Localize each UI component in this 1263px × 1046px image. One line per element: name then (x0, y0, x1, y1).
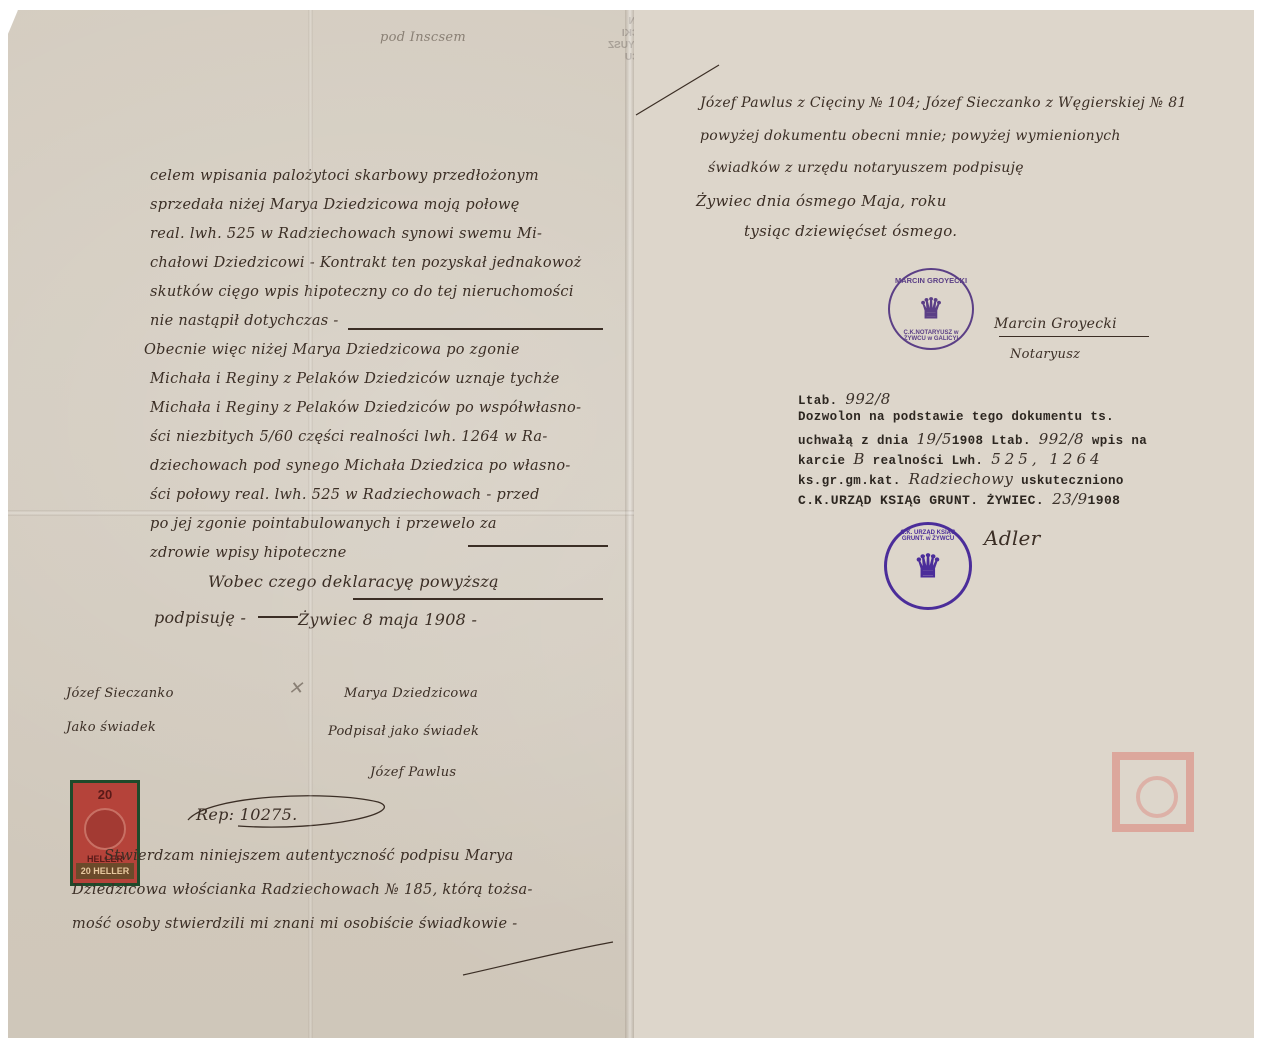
faded-header-note: pod Inscsem (380, 30, 466, 45)
ltab-value: 992/8 (845, 390, 890, 408)
stamp-text-bottom: C.K.NOTARYUSZ w ŻYWCU w GALICYI (894, 330, 968, 342)
sheet-label: karcie (798, 454, 845, 468)
body-line: real. lwh. 525 w Radziechowach synowi sw… (150, 226, 542, 242)
notary-signature: Marcin Groyecki (994, 316, 1117, 332)
signature-underline (999, 336, 1149, 337)
red-seal-imprint (1112, 752, 1194, 832)
notary-title: Notaryusz (1010, 347, 1080, 362)
body-line: Obecnie więc niżej Marya Dziedzicowa po … (144, 342, 520, 358)
sheet-value: B (853, 450, 864, 468)
cross-mark: ✕ (288, 678, 303, 699)
body-line: po jej zgonie pointabulowanych i przewel… (150, 516, 497, 532)
fill-line (348, 328, 603, 330)
document-sheet: MARCIN GROYECKI C.K.NOTARYUSZ w ŻYWCU po… (8, 10, 1254, 1038)
resolution-date: 19/5 (917, 430, 952, 448)
registry-line-5: ks.gr.gm.kat. Radziechowy uskuteczniono (798, 470, 1124, 488)
signature-jozef-pawlus: Józef Pawlus (370, 765, 456, 780)
witness-signed-label: Podpisał jako świadek (328, 724, 479, 739)
flourish-line-icon (458, 940, 618, 980)
registry-ltab-line: Ltab. 992/8 (798, 390, 891, 408)
notary-stamp: MARCIN GROYECKI ♛ C.K.NOTARYUSZ w ŻYWCU … (888, 268, 974, 350)
body-line: skutków cięgo wpis hipoteczny co do tej … (150, 284, 574, 300)
witness-label: Jako świadek (66, 720, 156, 735)
fill-line (468, 545, 608, 547)
registry-signature: Adler (984, 526, 1041, 550)
flourish-diagonal-icon (634, 60, 724, 120)
registry-office: C.K.URZĄD KSIĄG GRUNT. ŻYWIEC. (798, 493, 1044, 508)
registry-line-3: uchwałą z dnia 19/51908 Ltab. 992/8 wpis… (798, 430, 1147, 448)
ltab-label: Ltab. (798, 394, 838, 408)
body-line: dziechowach pod synego Michała Dziedzica… (150, 458, 571, 474)
place-date: Żywiec 8 maja 1908 - (298, 610, 477, 629)
body-line: celem wpisania palożytoci skarbowy przed… (150, 168, 539, 184)
notary-text-line: świadków z urzędu notaryuszem podpisuję (708, 160, 1024, 176)
completed-label: uskuteczniono (1021, 474, 1124, 488)
eagle-emblem-icon: ♛ (914, 550, 943, 582)
ltab-value-2: 992/8 (1039, 430, 1084, 448)
attestation-line: mość osoby stwierdzili mi znani mi osobi… (72, 916, 518, 932)
dash (258, 616, 298, 618)
registry-stamp-text: C.K. URZĄD KSIĄG GRUNT. w ŻYWCU (893, 530, 963, 542)
body-line: sprzedała niżej Marya Dziedzicowa moją p… (150, 197, 520, 213)
signature-marya: Marya Dziedzicowa (344, 686, 478, 701)
cadastral-value: Radziechowy (909, 470, 1014, 488)
notary-text-line: powyżej dokumentu obecni mnie; powyżej w… (700, 128, 1121, 144)
stamp-text-top: MARCIN GROYECKI (890, 276, 972, 285)
left-page: MARCIN GROYECKI C.K.NOTARYUSZ w ŻYWCU po… (8, 10, 626, 1038)
cadastral-label: ks.gr.gm.kat. (798, 474, 901, 488)
registry-stamp: C.K. URZĄD KSIĄG GRUNT. w ŻYWCU ♛ (884, 522, 972, 610)
resolution-year: 1908 Ltab. (952, 434, 1031, 448)
registry-date: 23/9 (1052, 490, 1087, 508)
left-page-fold (308, 10, 313, 1038)
registry-year: 1908 (1088, 493, 1121, 508)
registry-line-4: karcie B realności Lwh. 525, 1264 (798, 450, 1104, 468)
eagle-emblem-icon: ♛ (918, 295, 943, 323)
registry-line-2: Dozwolon na podstawie tego dokumentu ts. (798, 410, 1114, 424)
seal-circle-icon (1136, 776, 1178, 818)
property-label: realności Lwh. (873, 454, 984, 468)
entry-label: wpis na (1092, 434, 1147, 448)
body-line: ści połowy real. lwh. 525 w Radziechowac… (150, 487, 540, 503)
resolution-label: uchwałą z dnia (798, 434, 909, 448)
register-number: Rep: 10275. (196, 805, 298, 824)
body-line: chałowi Dziedzicowi - Kontrakt ten pozys… (150, 255, 582, 271)
body-line: Michała i Reginy z Pelaków Dziedziców po… (150, 400, 581, 416)
body-line: zdrowie wpisy hipoteczne (150, 545, 347, 561)
revenue-stamp: 20 HELLER 20 HELLER (70, 780, 140, 886)
notary-text-line: Żywiec dnia ósmego Maja, roku (696, 192, 947, 210)
property-numbers: 525, 1264 (991, 450, 1103, 468)
body-line: Michała i Reginy z Pelaków Dziedziców uz… (150, 371, 560, 387)
registry-line-6: C.K.URZĄD KSIĄG GRUNT. ŻYWIEC. 23/91908 (798, 490, 1120, 508)
notary-text-line: tysiąc dziewięćset ósmego. (744, 222, 957, 240)
witness-signature-1: Józef Sieczanko (66, 686, 174, 701)
body-line: ści niezbitych 5/60 części realności lwh… (150, 429, 548, 445)
stamp-emblem-icon (84, 808, 126, 850)
notary-text-line: Józef Pawlus z Cięciny № 104; Józef Siec… (700, 95, 1187, 111)
right-page: Józef Pawlus z Cięciny № 104; Józef Siec… (634, 10, 1254, 1038)
closing-line: Wobec czego deklaracyę powyższą (208, 572, 499, 591)
signature-line: podpisuję - (154, 608, 246, 627)
stamp-bottom-text: 20 HELLER (76, 863, 134, 879)
fill-line (353, 598, 603, 600)
attestation-line: Dziedzicowa włościanka Radziechowach № 1… (72, 882, 533, 898)
stamp-value: 20 (73, 783, 137, 802)
